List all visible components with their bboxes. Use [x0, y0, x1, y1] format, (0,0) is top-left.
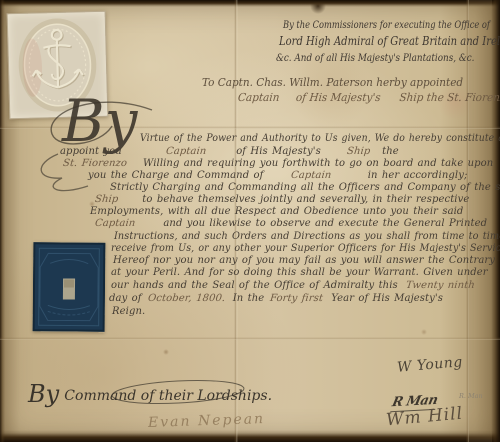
handwritten-insertion: October, 1800.	[147, 293, 225, 304]
by-command-line: By Command of their Lordships.	[28, 380, 272, 408]
blue-revenue-stamp	[33, 242, 106, 333]
engraved-text: Reign.	[112, 306, 145, 317]
body-line: Reign.	[112, 306, 145, 317]
lord-signature-1: W Young	[396, 354, 463, 376]
stamp-ornament-icon	[33, 242, 106, 333]
engraved-text: Hereof nor you nor any of you may fail a…	[113, 255, 495, 266]
handwritten-insertion: Twenty ninth	[405, 280, 475, 291]
drop-initial: By	[62, 92, 137, 150]
addressee-line-1: To Captn. Chas. Willm. Paterson herby ap…	[202, 76, 463, 89]
body-line: appoint youCaptainof His Majesty'sShipth…	[60, 146, 399, 157]
body-line: Employments, with all due Respect and Ob…	[90, 206, 463, 217]
by-command-initial: By	[28, 380, 59, 408]
header-line-1: By the Commissioners for executing the O…	[283, 20, 490, 31]
handwritten-insertion: Ship	[94, 194, 118, 205]
body-line: day ofOctober, 1800.In theForty firstYea…	[109, 293, 443, 304]
engraved-text: Strictly Charging and Commanding all the…	[110, 182, 500, 193]
handwritten-insertion: Ship the St. Fiorenzo	[399, 91, 500, 104]
body-line: Strictly Charging and Commanding all the…	[110, 182, 500, 193]
handwritten-insertion: St. Fiorenzo	[62, 158, 127, 169]
handwritten-insertion: Ship	[346, 146, 370, 157]
body-line: you the Charge and Command ofCaptainin h…	[88, 170, 467, 181]
body-line: St. FiorenzoWilling and requiring you fo…	[63, 158, 493, 169]
body-line: our hands and the Seal of the Office of …	[111, 280, 475, 291]
engraved-text: our hands and the Seal of the Office of …	[111, 280, 398, 291]
engraved-text: the	[382, 146, 399, 157]
body-line: Hereof nor you nor any of you may fail a…	[113, 255, 495, 266]
by-command-text: Command of their Lordships.	[64, 388, 272, 404]
horizontal-crease	[0, 337, 500, 340]
pencil-annotation: R. Man	[459, 392, 483, 400]
body-line: at your Peril. And for so doing this sha…	[111, 267, 488, 278]
engraved-text: in her accordingly;	[368, 170, 468, 181]
handwritten-insertion: Captain	[237, 91, 280, 104]
engraved-text: you the Charge and Command of	[88, 170, 263, 181]
handwritten-insertion: Captain	[94, 218, 135, 229]
body-line: receive from Us, or any other your Super…	[111, 243, 500, 254]
header-line-2: Lord High Admiral of Great Britain and I…	[279, 33, 500, 48]
engraved-text: Year of His Majesty's	[331, 293, 443, 304]
handwritten-insertion: of His Majesty's	[295, 91, 381, 104]
engraved-text: day of	[109, 293, 142, 304]
body-line: Instructions, and such Orders and Direct…	[114, 231, 500, 242]
engraved-text: Employments, with all due Respect and Ob…	[90, 206, 463, 217]
bottom-edge	[0, 430, 500, 442]
right-edge	[491, 0, 500, 442]
handwritten-insertion: Captain	[291, 170, 332, 181]
header-line-3: &c. And of all His Majesty's Plantations…	[276, 52, 474, 64]
document-page: By the Commissioners for executing the O…	[0, 0, 500, 442]
addressee-line-2: Captain of His Majesty's Ship the St. Fi…	[238, 91, 500, 104]
body-line: Shipto behave themselves jointly and sev…	[95, 194, 469, 205]
engraved-text: Willing and requiring you forthwith to g…	[143, 158, 493, 169]
engraved-text: receive from Us, or any other your Super…	[111, 243, 500, 254]
engraved-text: to behave themselves jointly and several…	[142, 194, 469, 205]
engraved-text: of His Majesty's	[236, 146, 321, 157]
engraved-text: Virtue of the Power and Authority to Us …	[140, 133, 500, 144]
top-edge	[0, 0, 500, 7]
body-line: Captainand you likewise to observe and e…	[95, 218, 487, 229]
handwritten-insertion: Forty first	[270, 293, 324, 304]
engraved-text: Instructions, and such Orders and Direct…	[114, 231, 500, 242]
left-edge	[0, 0, 5, 442]
handwritten-insertion: Captain	[165, 146, 206, 157]
engraved-text: appoint you	[60, 146, 122, 157]
engraved-text: In the	[233, 293, 265, 304]
body-line: Virtue of the Power and Authority to Us …	[140, 133, 500, 144]
engraved-text: and you likewise to observe and execute …	[163, 218, 487, 229]
engraved-text: at your Peril. And for so doing this sha…	[111, 267, 488, 278]
secretary-signature: Evan Nepean	[148, 411, 266, 431]
